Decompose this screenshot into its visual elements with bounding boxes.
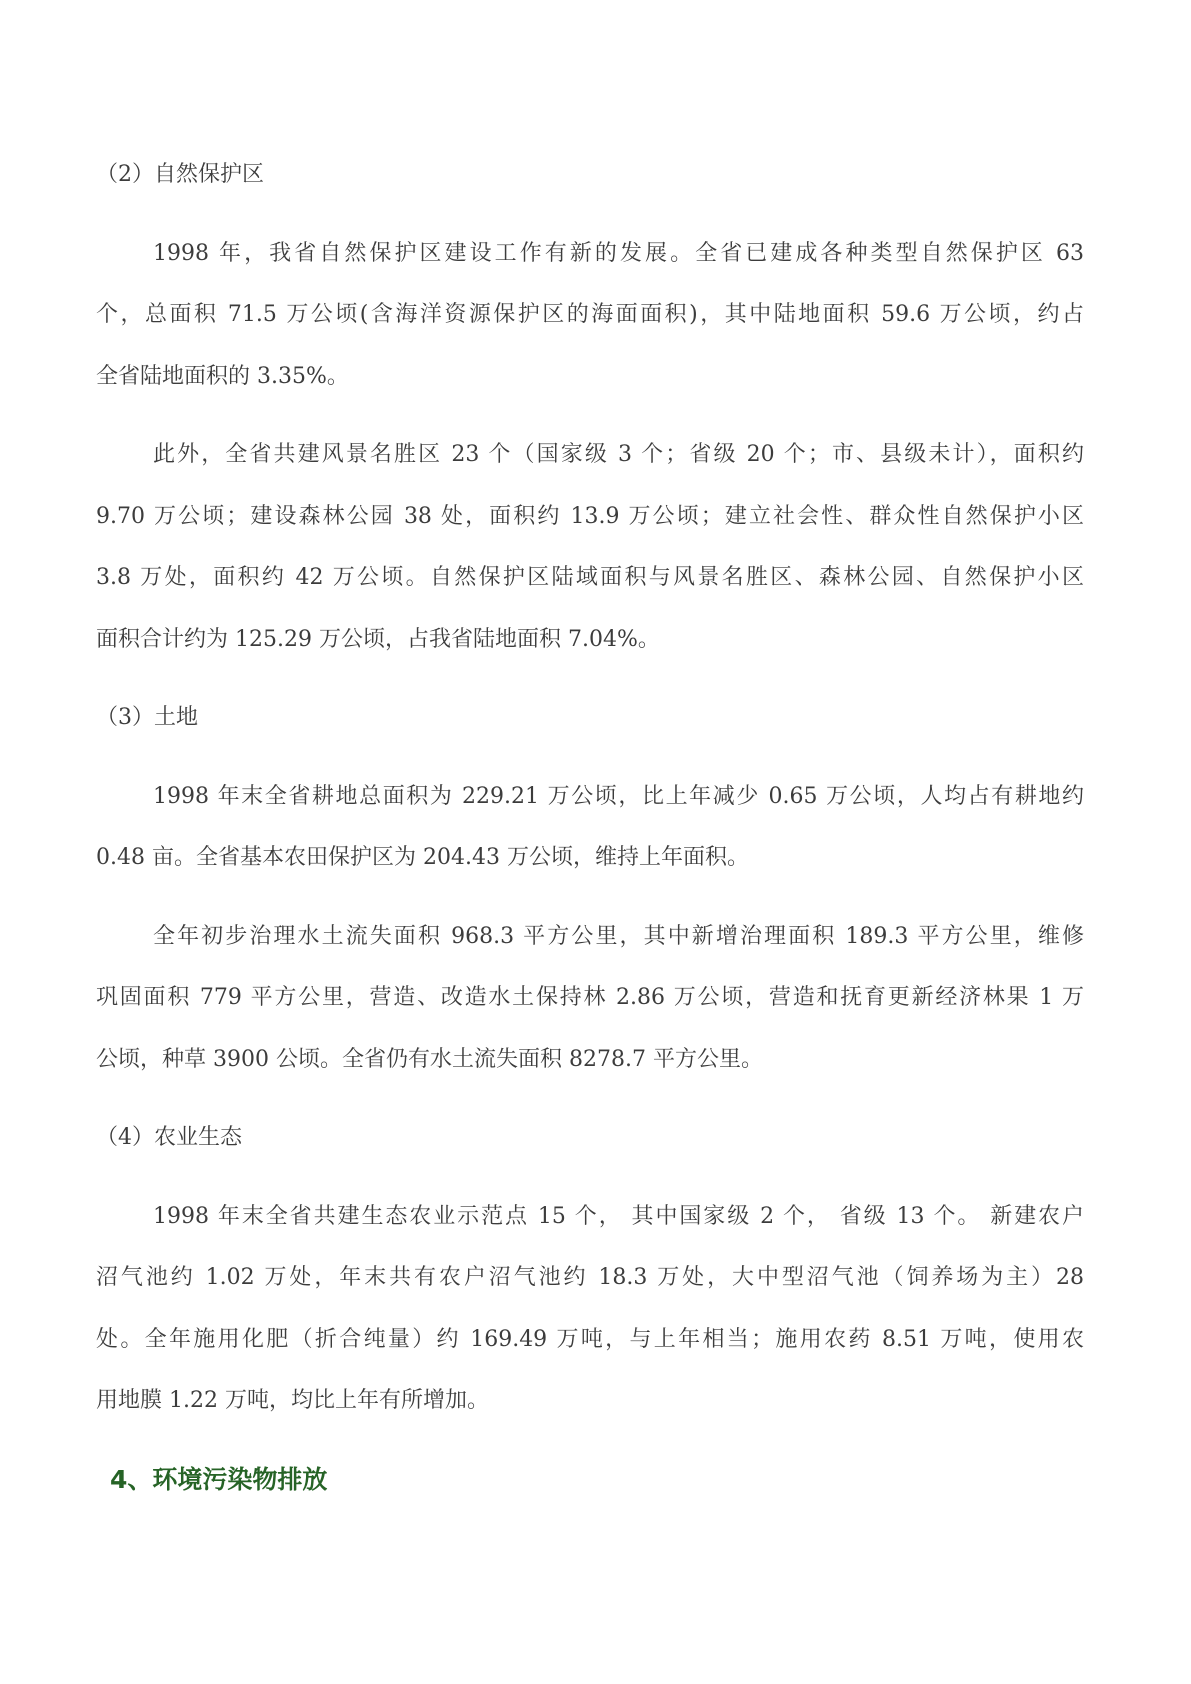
section-heading-agricultural-ecology: （4）农业生态 — [96, 1107, 1084, 1169]
paragraph-scenic-areas: 此外，全省共建风景名胜区 23 个（国家级 3 个；省级 20 个；市、县级未计… — [96, 424, 1084, 670]
paragraph-eco-agriculture: 1998 年末全省共建生态农业示范点 15 个， 其中国家级 2 个， 省级 1… — [96, 1186, 1084, 1432]
text-line: 0.48 亩。全省基本农田保护区为 204.43 万公顷，维持上年面积。 — [96, 827, 1084, 889]
text-line: 处。全年施用化肥（折合纯量）约 169.49 万吨，与上年相当；施用农药 8.5… — [96, 1309, 1084, 1371]
section-heading-nature-reserve: （2）自然保护区 — [96, 144, 1084, 206]
text-line: 9.70 万公顷；建设森林公园 38 处，面积约 13.9 万公顷；建立社会性、… — [96, 486, 1084, 548]
text-line: 此外，全省共建风景名胜区 23 个（国家级 3 个；省级 20 个；市、县级未计… — [96, 424, 1084, 486]
paragraph-nature-reserve-overview: 1998 年，我省自然保护区建设工作有新的发展。全省已建成各种类型自然保护区 6… — [96, 223, 1084, 408]
chapter-heading-text: 4、环境污染物排放 — [96, 1449, 1084, 1511]
text-line: 全年初步治理水土流失面积 968.3 平方公里，其中新增治理面积 189.3 平… — [96, 906, 1084, 968]
section-heading-text: （4）农业生态 — [96, 1107, 1084, 1169]
document-page: { "page": { "background": "#ffffff", "te… — [0, 0, 1191, 1684]
text-line: 巩固面积 779 平方公里，营造、改造水土保持林 2.86 万公顷，营造和抚育更… — [96, 967, 1084, 1029]
text-line: 1998 年末全省耕地总面积为 229.21 万公顷，比上年减少 0.65 万公… — [96, 766, 1084, 828]
chapter-heading-pollutant-discharge: 4、环境污染物排放 — [96, 1449, 1084, 1511]
text-line: 1998 年，我省自然保护区建设工作有新的发展。全省已建成各种类型自然保护区 6… — [96, 223, 1084, 285]
section-heading-land: （3）土地 — [96, 687, 1084, 749]
text-line: 3.8 万处，面积约 42 万公顷。自然保护区陆域面积与风景名胜区、森林公园、自… — [96, 547, 1084, 609]
document-body: （2）自然保护区 1998 年，我省自然保护区建设工作有新的发展。全省已建成各种… — [96, 144, 1084, 1510]
paragraph-cultivated-land: 1998 年末全省耕地总面积为 229.21 万公顷，比上年减少 0.65 万公… — [96, 766, 1084, 889]
text-line: 面积合计约为 125.29 万公顷，占我省陆地面积 7.04%。 — [96, 609, 1084, 671]
section-heading-text: （3）土地 — [96, 687, 1084, 749]
text-line: 公顷，种草 3900 公顷。全省仍有水土流失面积 8278.7 平方公里。 — [96, 1029, 1084, 1091]
section-heading-text: （2）自然保护区 — [96, 144, 1084, 206]
text-line: 沼气池约 1.02 万处，年末共有农户沼气池约 18.3 万处，大中型沼气池（饲… — [96, 1247, 1084, 1309]
text-line: 个，总面积 71.5 万公顷(含海洋资源保护区的海面面积)，其中陆地面积 59.… — [96, 284, 1084, 346]
paragraph-soil-erosion: 全年初步治理水土流失面积 968.3 平方公里，其中新增治理面积 189.3 平… — [96, 906, 1084, 1091]
text-line: 用地膜 1.22 万吨，均比上年有所增加。 — [96, 1370, 1084, 1432]
text-line: 全省陆地面积的 3.35%。 — [96, 346, 1084, 408]
text-line: 1998 年末全省共建生态农业示范点 15 个， 其中国家级 2 个， 省级 1… — [96, 1186, 1084, 1248]
